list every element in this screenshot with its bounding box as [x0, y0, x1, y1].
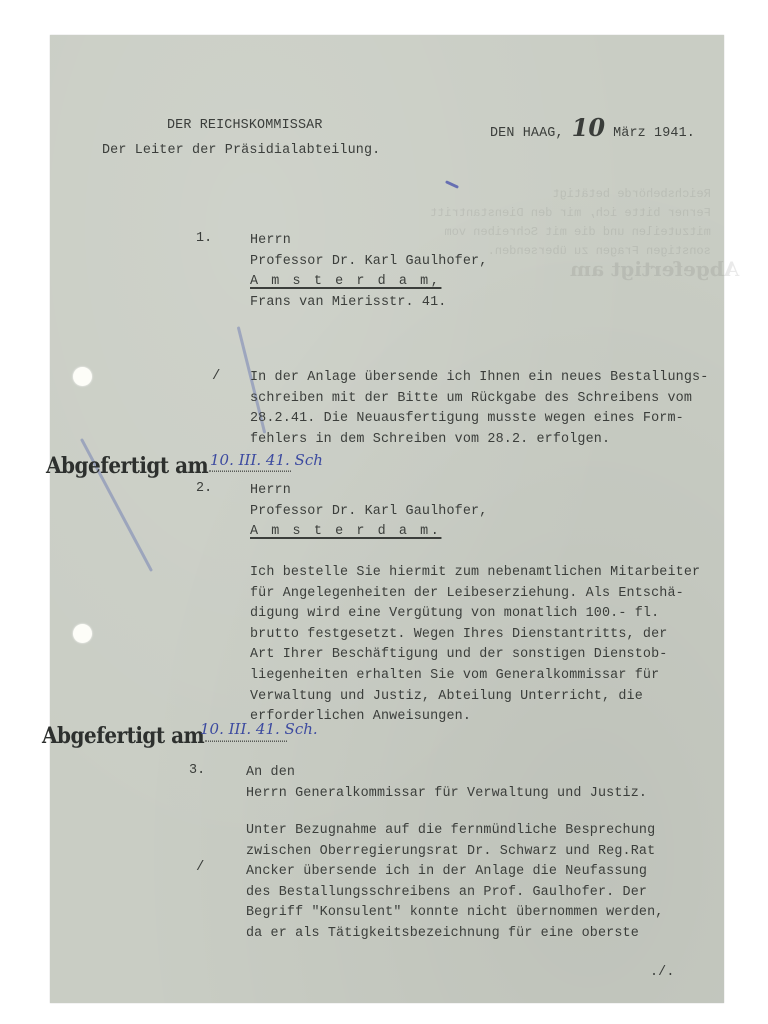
letterhead-date: DEN HAAG, 10 März 1941. — [490, 113, 695, 142]
punch-hole-top — [73, 367, 92, 386]
section-1-number: 1. — [196, 231, 212, 246]
section-2-body: Ich bestelle Sie hiermit zum nebenamtlic… — [250, 563, 700, 728]
body-line: Unter Bezugnahme auf die fernmündliche B… — [246, 821, 663, 842]
dispatch-stamp-2-label: Abgefertigt am — [42, 722, 204, 749]
date-place: DEN HAAG, — [490, 126, 564, 141]
body-line: schreiben mit der Bitte um Rückgabe des … — [250, 389, 708, 410]
dispatch-stamp-1-line — [209, 469, 291, 471]
letterhead-authority: DER REICHSKOMMISSAR — [167, 118, 323, 133]
section-2-number: 2. — [196, 481, 212, 496]
section-1-margin-mark: / — [212, 368, 220, 384]
date-handwritten-day: 10 — [572, 113, 605, 142]
section-3-recipient: Herrn Generalkommissar für Verwaltung un… — [246, 784, 647, 805]
date-month-year: März 1941. — [613, 126, 695, 141]
letterhead-department: Der Leiter der Präsidialabteilung. — [102, 143, 380, 158]
body-line: Art Ihrer Beschäftigung und der sonstige… — [250, 645, 700, 666]
body-line: Begriff "Konsulent" konnte nicht übernom… — [246, 903, 663, 924]
section-2-city: A m s t e r d a m. — [250, 522, 487, 543]
body-line: Verwaltung und Justiz, Abteilung Unterri… — [250, 687, 700, 708]
section-1-city: A m s t e r d a m, — [250, 272, 487, 293]
bleed-through-stamp: Abgefertigt am — [570, 257, 739, 281]
body-line: 28.2.41. Die Neuausfertigung musste wege… — [250, 409, 708, 430]
body-line: In der Anlage übersende ich Ihnen ein ne… — [250, 368, 708, 389]
body-line: liegenheiten erhalten Sie vom Generalkom… — [250, 666, 700, 687]
section-3-number: 3. — [189, 763, 205, 778]
section-3-address: An den Herrn Generalkommissar für Verwal… — [246, 763, 647, 804]
section-2-address: Herrn Professor Dr. Karl Gaulhofer, A m … — [250, 481, 487, 543]
dispatch-stamp-1-label: Abgefertigt am — [46, 452, 208, 479]
punch-hole-bottom — [73, 624, 92, 643]
dispatch-2-handwritten: 10. III. 41. Sch. — [200, 720, 318, 738]
body-line: Ancker übersende ich in der Anlage die N… — [246, 862, 663, 883]
section-1-name: Professor Dr. Karl Gaulhofer, — [250, 252, 487, 273]
section-2-name: Professor Dr. Karl Gaulhofer, — [250, 502, 487, 523]
body-line: des Bestallungsschreibens an Prof. Gaulh… — [246, 883, 663, 904]
body-line: da er als Tätigkeitsbezeichnung für eine… — [246, 924, 663, 945]
document-page: Reichsbehörde betätigt Ferner bitte ich,… — [50, 35, 724, 1003]
body-line: brutto festgesetzt. Wegen Ihres Dienstan… — [250, 625, 700, 646]
body-line: zwischen Oberregierungsrat Dr. Schwarz u… — [246, 842, 663, 863]
section-1-address: Herrn Professor Dr. Karl Gaulhofer, A m … — [250, 231, 487, 313]
body-line: digung wird eine Vergütung von monatlich… — [250, 604, 700, 625]
section-1-street: Frans van Mierisstr. 41. — [250, 293, 487, 314]
continuation-mark: ./. — [650, 965, 675, 980]
section-3-body: Unter Bezugnahme auf die fernmündliche B… — [246, 821, 663, 945]
section-3-salutation: An den — [246, 763, 647, 784]
body-line: fehlers in dem Schreiben vom 28.2. erfol… — [250, 430, 708, 451]
body-line: für Angelegenheiten der Leibeserziehung.… — [250, 584, 700, 605]
dispatch-1-handwritten: 10. III. 41. Sch — [210, 451, 323, 469]
section-2-salutation: Herrn — [250, 481, 487, 502]
dispatch-stamp-2-line — [205, 739, 287, 741]
section-1-salutation: Herrn — [250, 231, 487, 252]
section-3-margin-mark: / — [196, 859, 204, 875]
body-line: Ich bestelle Sie hiermit zum nebenamtlic… — [250, 563, 700, 584]
section-1-body: In der Anlage übersende ich Ihnen ein ne… — [250, 368, 708, 450]
